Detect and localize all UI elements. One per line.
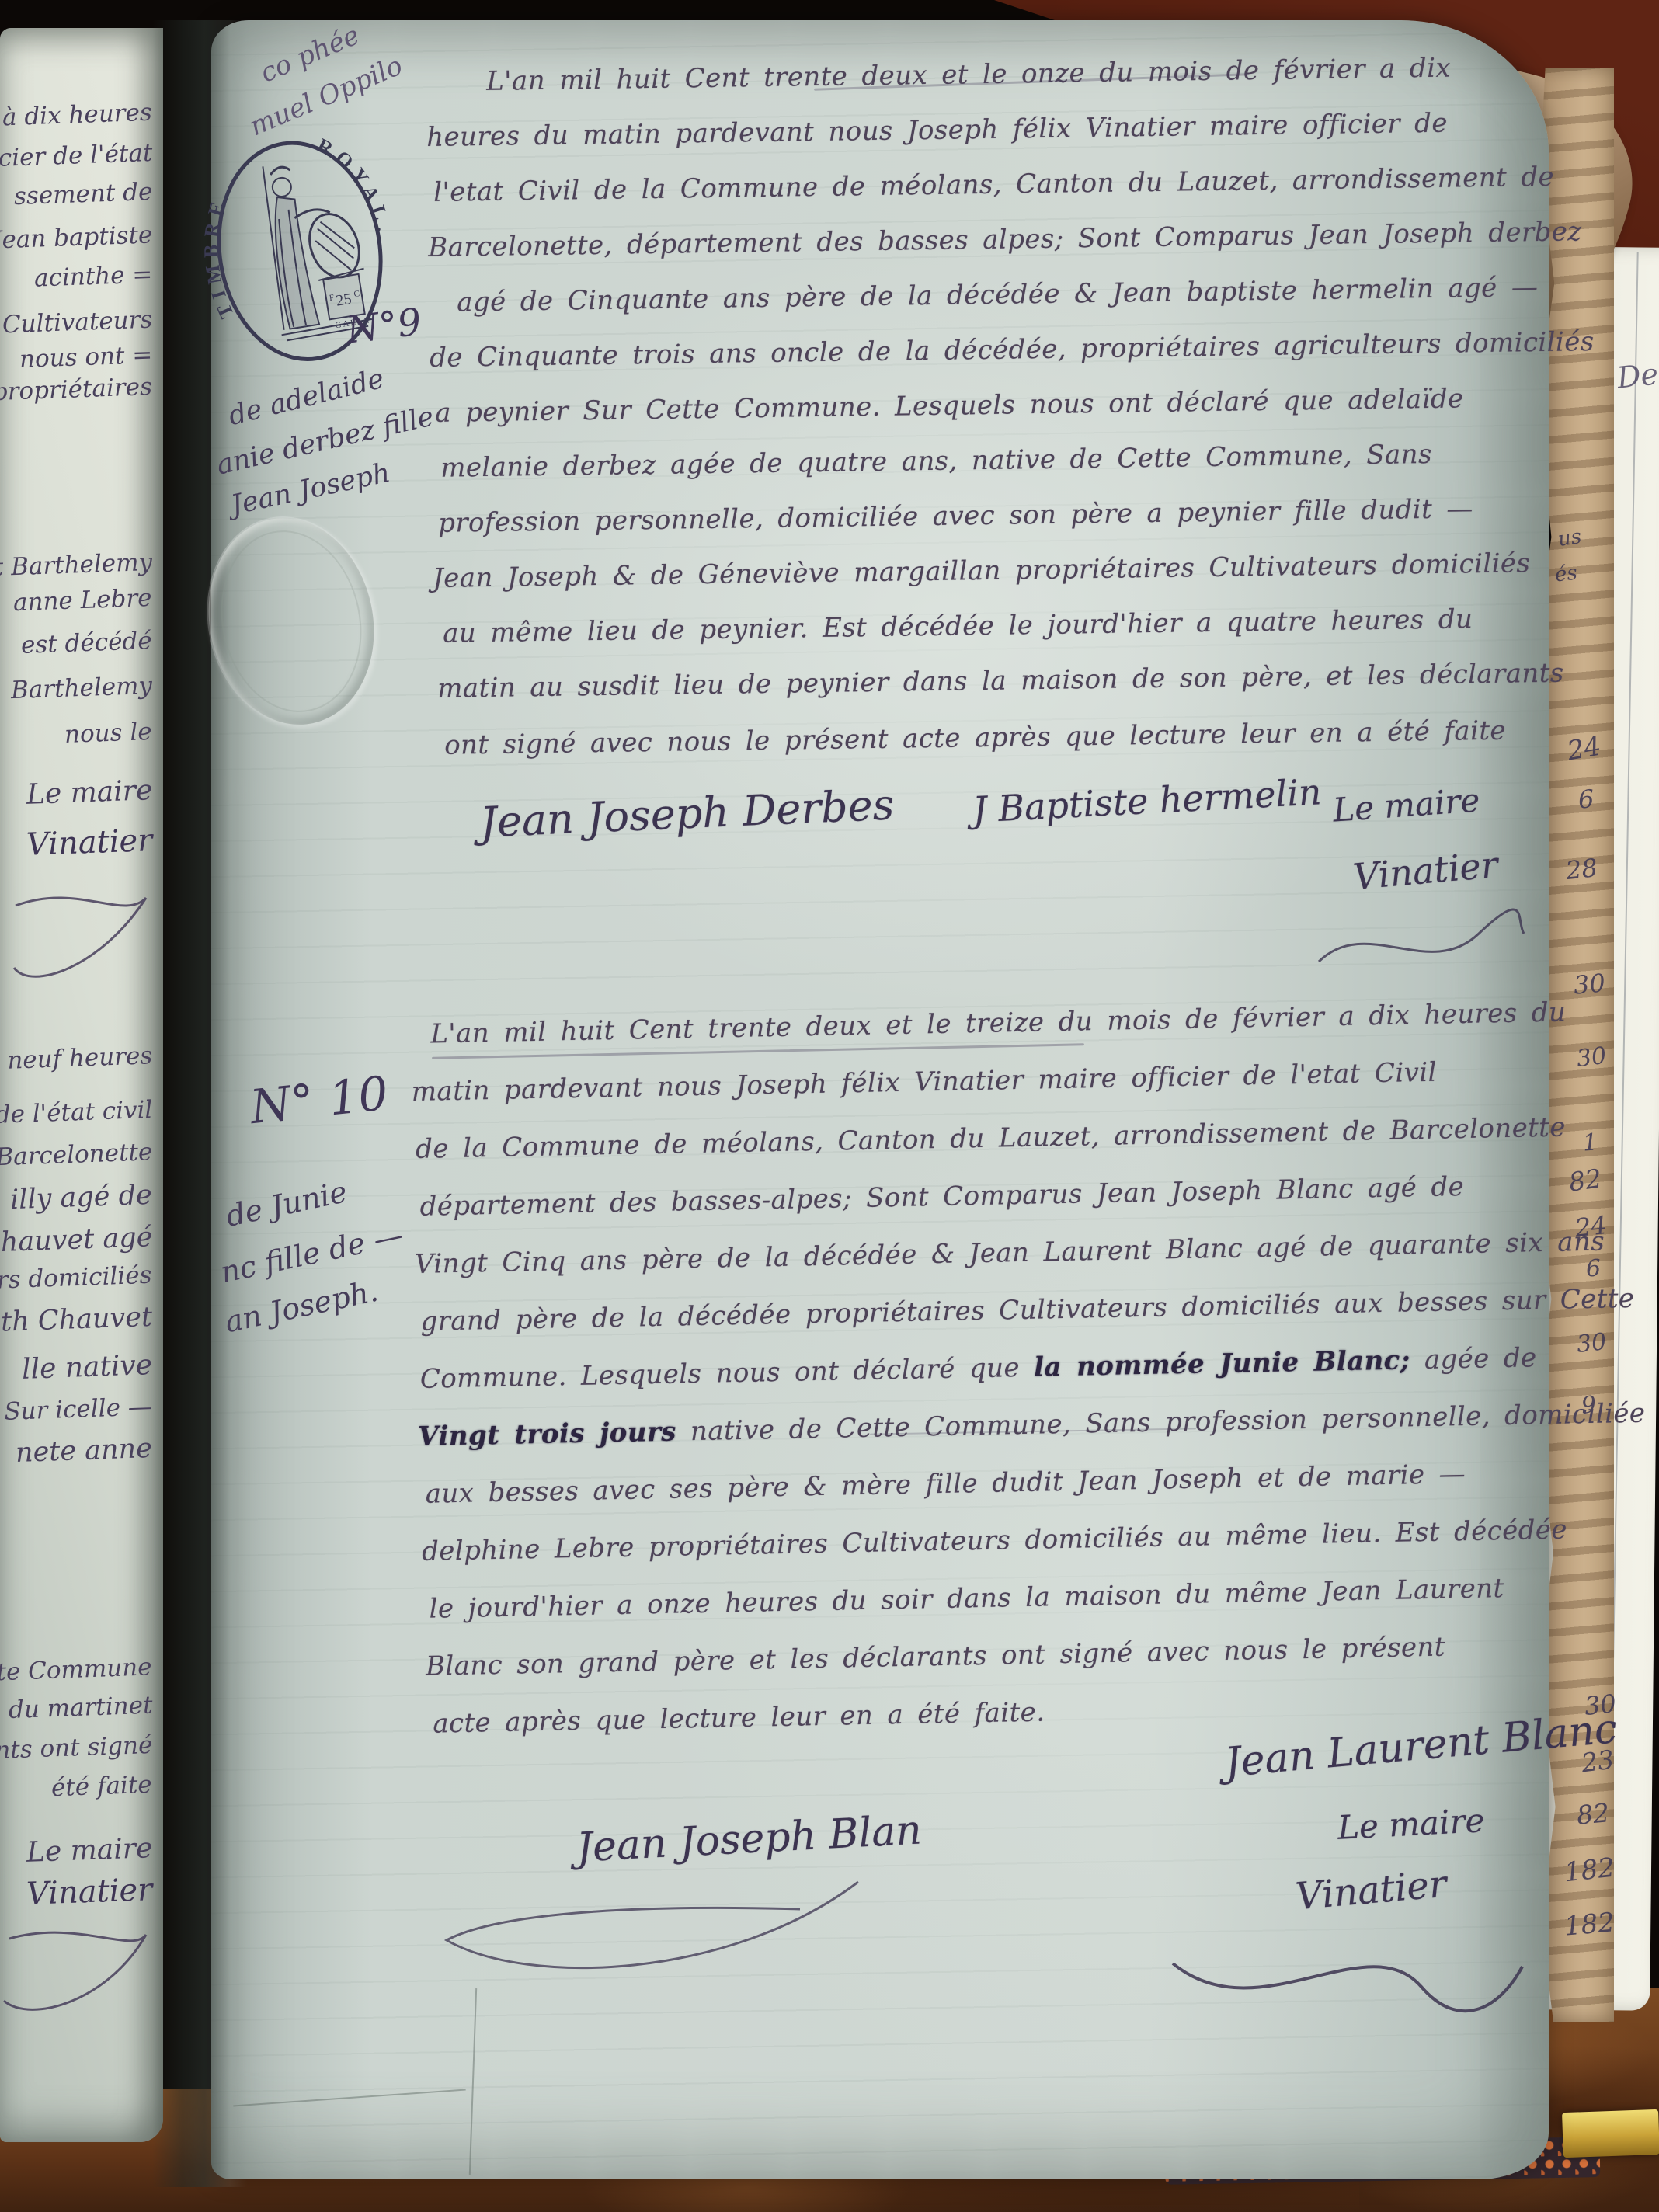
left-page-fragment: in de l'état civil [0, 1096, 153, 1130]
edge-number: 82 [1575, 1797, 1610, 1831]
left-page-fragment: rants ont signé [0, 1731, 153, 1765]
left-page-fragment: dit Barthelemy [0, 548, 153, 583]
left-page-fragment: t de Barcelonette [0, 1138, 153, 1173]
white-page-fragment: De [1616, 356, 1659, 395]
left-page-fragment: nete anne [16, 1433, 153, 1469]
signature-flourish [435, 1862, 870, 2010]
act1-line: de Cinquante trois ans oncle de la décéd… [430, 326, 1595, 374]
act2-line: le jourd'hier a onze heures du soir dans… [429, 1573, 1504, 1625]
edge-number: 24 [1565, 731, 1604, 767]
left-page-fragment: anne Lebre [13, 584, 153, 617]
act2-line: Blanc son grand père et les déclarants o… [426, 1632, 1446, 1682]
act1-line: Barcelonette, département des basses alp… [428, 216, 1582, 263]
left-page-fragment: illy agé de [10, 1180, 153, 1216]
left-page-fragment: s propriétaires [0, 373, 153, 407]
act2-line: de la Commune de méolans, Canton du Lauz… [416, 1111, 1566, 1164]
left-page-fragment: été faite [51, 1771, 153, 1803]
left-page-fragment: à dix heures [2, 99, 153, 132]
act2-line: Vingt Cinq ans père de la décédée & Jean… [415, 1226, 1605, 1280]
act1-line: Jean Joseph & de Géneviève margaillan pr… [433, 548, 1531, 594]
act1-line: l'etat Civil de la Commune de méolans, C… [433, 162, 1554, 208]
edge-number: 6 [1577, 784, 1595, 814]
act2-line: acte après que lecture leur en a été fai… [433, 1696, 1045, 1739]
stamp-denomination: 25 [335, 290, 353, 310]
left-page-fragment: beth Chauvet [0, 1302, 153, 1339]
left-page-signature: Vinatier [26, 823, 153, 863]
left-page-fragment: nous le [64, 718, 153, 749]
left-page-fragment: nous ont = [19, 341, 152, 374]
brass-clasp [1562, 2109, 1659, 2158]
edge-number: 28 [1564, 853, 1598, 885]
act2-line: aux besses avec ses père & mère fille du… [425, 1459, 1466, 1510]
left-page-fragment: Le maire [26, 1832, 153, 1869]
left-page-fragment: teurs domiciliés [0, 1261, 153, 1296]
left-page-fragment: lieu du martinet [0, 1692, 153, 1727]
act2-line: grand père de la décédée propriétaires C… [420, 1283, 1635, 1337]
stamp-arc-left-text: TIMBRE [190, 190, 249, 323]
act1-line: a peynier Sur Cette Commune. Lesquels no… [435, 383, 1464, 428]
signature-flourish [1165, 1917, 1530, 2049]
act1-line: matin au susdit lieu de peynier dans la … [437, 658, 1564, 704]
edge-number: 82 [1567, 1163, 1603, 1197]
act2-line: delphine Lebre propriétaires Cultivateur… [422, 1515, 1567, 1567]
act2-line: département des basses-alpes; Sont Compa… [419, 1171, 1464, 1223]
edge-fragment: és [1554, 562, 1579, 587]
act1-line: ont signé avec nous le présent acte aprè… [444, 715, 1506, 761]
act1-line: melanie derbez agée de quatre ans, nativ… [440, 439, 1432, 484]
act2-line: Vingt trois jours native de Cette Commun… [418, 1398, 1646, 1452]
signature-flourish [8, 875, 155, 1007]
left-page-fragment: tte Commune [0, 1653, 153, 1686]
left-page-fragment: est décédé [21, 627, 153, 659]
act1-line: heures du matin pardevant nous Joseph fé… [426, 108, 1448, 153]
left-page-fragment: Barthelemy [10, 672, 152, 704]
left-page-fragment: res Cultivateurs [0, 306, 153, 341]
svg-text:TIMBRE: TIMBRE [190, 190, 249, 323]
left-page-signature: Vinatier [26, 1872, 153, 1912]
act2-line: matin pardevant nous Joseph félix Vinati… [411, 1057, 1437, 1108]
edge-number: 182 [1563, 1907, 1616, 1942]
act1-line: profession personnelle, domiciliée avec … [438, 493, 1473, 539]
left-page-fragment: t Sur icelle — [0, 1393, 153, 1426]
edge-number: 1 [1582, 1129, 1598, 1156]
left-page-fragment: Jean baptiste [0, 221, 153, 254]
edge-number: 30 [1575, 1328, 1608, 1358]
edge-fragment: us [1556, 525, 1583, 551]
left-page-fragment: lle native [21, 1349, 152, 1386]
act2-body: L'an mil huit Cent trente deux et le tre… [410, 997, 1559, 1780]
edge-number: 6 [1585, 1255, 1602, 1283]
signature-flourish [1313, 899, 1530, 985]
left-page-fragment: Le maire [26, 774, 153, 811]
left-page-fragment: a neuf heures [0, 1042, 153, 1075]
act2-line: Commune. Lesquels nous ont déclaré que l… [420, 1342, 1537, 1395]
registre-deces-photo: De us és 24 6 28 30 30 1 82 24 6 30 9 30… [0, 0, 1659, 2212]
edge-number: 30 [1572, 968, 1606, 1000]
left-page-fragment: fficier de l'état [0, 139, 153, 173]
left-page-fragment: acinthe = [33, 260, 152, 292]
edge-number: 182 [1563, 1852, 1616, 1889]
signature-flourish [0, 1915, 155, 2032]
act1-line: agé de Cinquante ans père de la décédée … [457, 272, 1539, 318]
edge-number: 30 [1575, 1042, 1608, 1073]
act1-body: L'an mil huit Cent trente deux et le onz… [426, 51, 1554, 797]
left-page-fragment: ssement de [13, 178, 153, 210]
act1-number: N°9 [344, 300, 424, 352]
previous-page: à dix heures fficier de l'état ssement d… [0, 28, 163, 2142]
left-page-fragment: Chauvet agé [0, 1222, 153, 1259]
act2-signature: Le maire [1337, 1801, 1486, 1847]
act1-line: au même lieu de peynier. Est décédée le … [443, 603, 1473, 649]
